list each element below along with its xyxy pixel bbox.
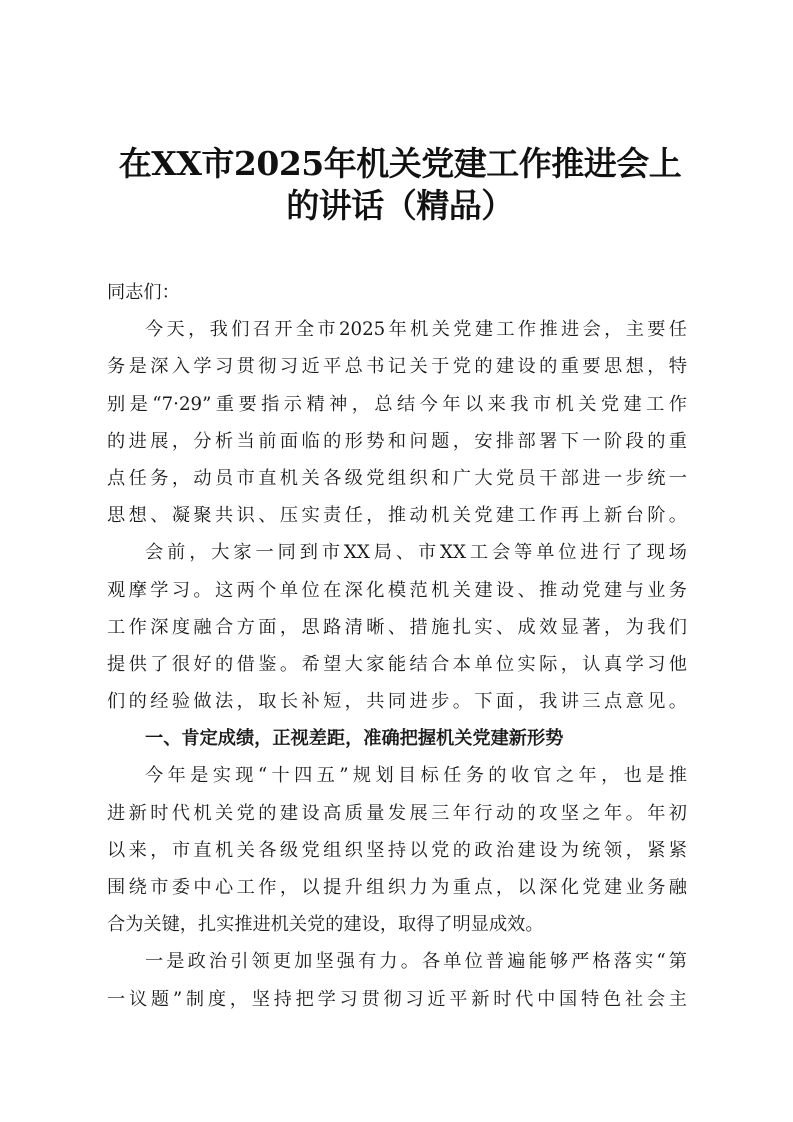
paragraph-line: 别是“7·29”重要指示精神，总结今年以来我市机关党建工作 [107, 386, 687, 423]
paragraph-political-guidance: 一是政治引领更加坚强有力。各单位普遍能够严格落实“第 一议题”制度，坚持把学习贯… [107, 943, 687, 1017]
paragraph-observation: 会前，大家一同到市XX局、市XX工会等单位进行了现场 观摩学习。这两个单位在深化… [107, 534, 687, 720]
paragraph-line: 今年是实现“十四五”规划目标任务的收官之年，也是推 [107, 757, 687, 794]
salutation: 同志们： [107, 274, 687, 311]
paragraph-line: 合为关键，扎实推进机关党的建设，取得了明显成效。 [107, 906, 687, 943]
paragraph-line: 围绕市委中心工作，以提升组织力为重点，以深化党建业务融 [107, 869, 687, 906]
paragraph-line: 一议题”制度，坚持把学习贯彻习近平新时代中国特色社会主 [107, 981, 687, 1018]
paragraph-line: 以来，市直机关各级党组织坚持以党的政治建设为统领，紧紧 [107, 832, 687, 869]
paragraph-line: 务是深入学习贯彻习近平总书记关于党的建设的重要思想，特 [107, 348, 687, 385]
paragraph-achievements: 今年是实现“十四五”规划目标任务的收官之年，也是推 进新时代机关党的建设高质量发… [107, 757, 687, 943]
paragraph-line: 提供了很好的借鉴。希望大家能结合本单位实际，认真学习他 [107, 646, 687, 683]
document-body: 同志们： 今天，我们召开全市2025年机关党建工作推进会，主要任 务是深入学习贯… [107, 274, 687, 1018]
paragraph-line: 点任务，动员市直机关各级党组织和广大党员干部进一步统一 [107, 460, 687, 497]
document-page: 在XX市2025年机关党建工作推进会上 的讲话（精品） 同志们： 今天，我们召开… [0, 0, 793, 1122]
document-title: 在XX市2025年机关党建工作推进会上 的讲话（精品） [100, 143, 700, 227]
paragraph-line: 进新时代机关党的建设高质量发展三年行动的攻坚之年。年初 [107, 795, 687, 832]
paragraph-line: 今天，我们召开全市2025年机关党建工作推进会，主要任 [107, 311, 687, 348]
paragraph-line: 一是政治引领更加坚强有力。各单位普遍能够严格落实“第 [107, 943, 687, 980]
paragraph-line: 们的经验做法，取长补短，共同进步。下面，我讲三点意见。 [107, 683, 687, 720]
paragraph-line: 会前，大家一同到市XX局、市XX工会等单位进行了现场 [107, 534, 687, 571]
paragraph-line: 工作深度融合方面，思路清晰、措施扎实、成效显著，为我们 [107, 609, 687, 646]
section-heading: 一、肯定成绩，正视差距，准确把握机关党建新形势 [107, 720, 687, 757]
paragraph-opening: 今天，我们召开全市2025年机关党建工作推进会，主要任 务是深入学习贯彻习近平总… [107, 311, 687, 534]
title-line-1: 在XX市2025年机关党建工作推进会上 [100, 143, 700, 185]
paragraph-line: 思想、凝聚共识、压实责任，推动机关党建工作再上新台阶。 [107, 497, 687, 534]
paragraph-line: 观摩学习。这两个单位在深化模范机关建设、推动党建与业务 [107, 572, 687, 609]
paragraph-line: 的进展，分析当前面临的形势和问题，安排部署下一阶段的重 [107, 423, 687, 460]
title-line-2: 的讲话（精品） [100, 185, 700, 227]
